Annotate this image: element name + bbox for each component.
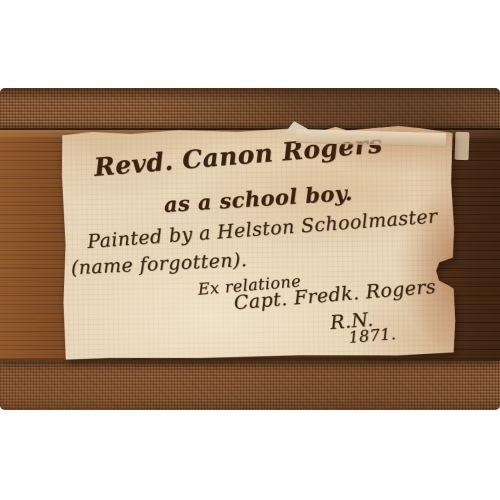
inscription-line-date: 1871.	[348, 324, 397, 347]
photograph: Revd. Canon Rogers as a school boy. Pain…	[0, 88, 500, 410]
inscription-line-forgotten: (name forgotten).	[70, 249, 247, 279]
inscription-line-painter: Painted by a Helston Schoolmaster	[87, 205, 439, 253]
paper-label: Revd. Canon Rogers as a school boy. Pain…	[61, 125, 457, 361]
inscription-line-subject: as a school boy.	[163, 180, 353, 217]
paper-label-wrapper: Revd. Canon Rogers as a school boy. Pain…	[61, 125, 457, 361]
photo-page-background: Revd. Canon Rogers as a school boy. Pain…	[0, 0, 500, 500]
tape-fragment	[455, 132, 470, 160]
